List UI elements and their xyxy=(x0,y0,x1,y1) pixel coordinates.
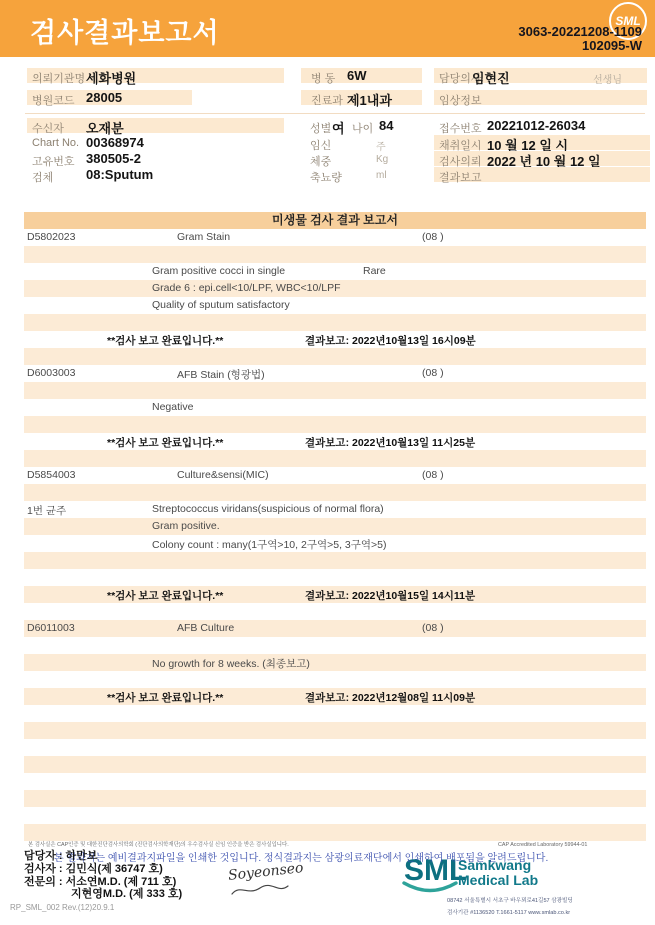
table-row xyxy=(24,705,646,722)
table-row xyxy=(24,671,646,688)
table-cell: (08 ) xyxy=(422,367,444,379)
table-cell: Rare xyxy=(363,265,386,277)
cap-accreditation-text: CAP Accredited Laboratory 59944-01 xyxy=(498,841,587,847)
table-cell: **검사 보고 완료입니다.** xyxy=(107,333,223,348)
table-row: D6003003AFB Stain (형광법)(08 ) xyxy=(24,365,646,382)
table-row xyxy=(24,773,646,790)
table-cell: Streptococcus viridans(suspicious of nor… xyxy=(152,503,384,515)
field-label: 결과보고 xyxy=(439,169,482,185)
table-row: **검사 보고 완료입니다.**결과보고: 2022년10월13일 11시25분 xyxy=(24,433,646,450)
table-cell: (08 ) xyxy=(422,231,444,243)
field-label: 검체 xyxy=(32,169,53,185)
lab-report-page: 검사결과보고서 SML 3063-20221208-1109 102095-W … xyxy=(0,0,655,925)
field-label: 성별 xyxy=(310,120,331,136)
sml-company-name-line2: Medical Lab xyxy=(458,873,538,888)
table-cell: D5802023 xyxy=(27,231,75,243)
field-label: 수신자 xyxy=(32,120,64,136)
field-bg xyxy=(27,118,284,133)
table-row xyxy=(24,314,646,331)
table-row xyxy=(24,824,646,841)
table-cell: AFB Culture xyxy=(177,622,234,634)
table-row: No growth for 8 weeks. (최종보고) xyxy=(24,654,646,671)
field-label: 체중 xyxy=(310,153,331,169)
table-row xyxy=(24,246,646,263)
table-cell: (08 ) xyxy=(422,622,444,634)
table-cell: 결과보고: 2022년10월15일 14시11분 xyxy=(305,588,475,603)
table-cell: D6011003 xyxy=(27,622,75,634)
table-cell: AFB Stain (형광법) xyxy=(177,367,265,382)
table-cell: **검사 보고 완료입니다.** xyxy=(107,435,223,450)
table-cell: 결과보고: 2022년10월13일 16시09분 xyxy=(305,333,476,348)
field-value: 28005 xyxy=(86,90,122,105)
table-row xyxy=(24,722,646,739)
specialist-line-2: 지현영M.D. (제 333 호) xyxy=(71,885,182,901)
field-suffix: 선생님 xyxy=(593,71,622,86)
table-row xyxy=(24,569,646,586)
document-number-line1: 3063-20221208-1109 xyxy=(518,25,642,39)
table-cell: (08 ) xyxy=(422,469,444,481)
report-title: 검사결과보고서 xyxy=(30,11,220,50)
table-row: 1번 균주Streptococcus viridans(suspicious o… xyxy=(24,501,646,518)
field-label: 나이 xyxy=(352,120,373,136)
table-row: Negative xyxy=(24,399,646,416)
field-value: 제1내과 xyxy=(347,90,392,109)
table-cell: No growth for 8 weeks. (최종보고) xyxy=(152,656,310,671)
document-number: 3063-20221208-1109 102095-W xyxy=(518,25,642,53)
field-label: 진료과 xyxy=(311,92,343,108)
field-value: 84 xyxy=(379,118,393,133)
table-row xyxy=(24,790,646,807)
table-cell: Negative xyxy=(152,401,193,413)
table-cell: 1번 균주 xyxy=(27,503,66,518)
section-title: 미생물 검사 결과 보고서 xyxy=(24,212,646,229)
field-value: 임현진 xyxy=(472,68,510,87)
table-cell: **검사 보고 완료입니다.** xyxy=(107,588,223,603)
table-row xyxy=(24,450,646,467)
table-row: Quality of sputum satisfactory xyxy=(24,297,646,314)
form-code: RP_SML_002 Rev.(12)20.9.1 xyxy=(10,903,114,912)
table-row xyxy=(24,484,646,501)
table-row: Colony count : many(1구역>10, 2구역>5, 3구역>5… xyxy=(24,535,646,552)
sml-address: 08742 서울특별시 서초구 바우뫼로41길57 삼광빌딩 xyxy=(447,896,573,904)
field-value: 380505-2 xyxy=(86,151,141,166)
field-label: 고유번호 xyxy=(32,153,75,169)
document-number-line2: 102095-W xyxy=(518,39,642,53)
table-row xyxy=(24,807,646,824)
table-row xyxy=(24,348,646,365)
table-cell: 결과보고: 2022년12월08일 11시09분 xyxy=(305,690,475,705)
table-cell: **검사 보고 완료입니다.** xyxy=(107,690,223,705)
table-row: D6011003AFB Culture(08 ) xyxy=(24,620,646,637)
field-unit: Kg xyxy=(376,154,388,165)
field-label: 축뇨량 xyxy=(310,169,342,185)
table-row xyxy=(24,552,646,569)
table-row: D5802023Gram Stain(08 ) xyxy=(24,229,646,246)
field-value: 여 xyxy=(332,118,345,137)
table-row xyxy=(24,637,646,654)
table-row: Grade 6 : epi.cell<10/LPF, WBC<10/LPF xyxy=(24,280,646,297)
field-unit: 주 xyxy=(376,138,386,153)
field-label: 임상정보 xyxy=(439,92,482,108)
sml-contact: 검사기관 #1136520 T.1661-5117 www.smlab.co.k… xyxy=(447,908,570,916)
signature-scribble-icon xyxy=(230,882,292,903)
table-row: Gram positive cocci in singleRare xyxy=(24,263,646,280)
field-label: 병 동 xyxy=(311,70,335,86)
field-label: 임신 xyxy=(310,137,331,153)
field-label: 접수번호 xyxy=(439,120,482,136)
table-row xyxy=(24,739,646,756)
table-cell: D5854003 xyxy=(27,469,75,481)
table-row xyxy=(24,603,646,620)
table-row: Gram positive. xyxy=(24,518,646,535)
table-row: **검사 보고 완료입니다.**결과보고: 2022년10월13일 16시09분 xyxy=(24,331,646,348)
table-row: **검사 보고 완료입니다.**결과보고: 2022년12월08일 11시09분 xyxy=(24,688,646,705)
table-cell: 결과보고: 2022년10월13일 11시25분 xyxy=(305,435,475,450)
field-label: 의뢰기관명 xyxy=(32,70,85,86)
table-row xyxy=(24,756,646,773)
table-cell: D6003003 xyxy=(27,367,75,379)
table-row: D5854003Culture&sensi(MIC)(08 ) xyxy=(24,467,646,484)
table-cell: Gram positive cocci in single xyxy=(152,265,285,277)
field-value: 6W xyxy=(347,68,367,83)
table-cell: Gram Stain xyxy=(177,231,230,243)
report-header: 검사결과보고서 SML 3063-20221208-1109 102095-W xyxy=(0,0,655,57)
field-value: 00368974 xyxy=(86,135,144,150)
field-value: 20221012-26034 xyxy=(487,118,585,133)
field-value: 세화병원 xyxy=(86,68,136,87)
table-cell: Gram positive. xyxy=(152,520,220,532)
divider xyxy=(25,113,645,114)
table-cell: Colony count : many(1구역>10, 2구역>5, 3구역>5… xyxy=(152,537,387,552)
field-unit: ml xyxy=(376,170,387,181)
table-row xyxy=(24,416,646,433)
table-cell: Grade 6 : epi.cell<10/LPF, WBC<10/LPF xyxy=(152,282,341,294)
table-row xyxy=(24,382,646,399)
table-row: **검사 보고 완료입니다.**결과보고: 2022년10월15일 14시11분 xyxy=(24,586,646,603)
table-cell: Culture&sensi(MIC) xyxy=(177,469,269,481)
table-cell: Quality of sputum satisfactory xyxy=(152,299,290,311)
field-value: 08:Sputum xyxy=(86,167,153,182)
field-label: Chart No. xyxy=(32,137,79,149)
field-label: 병원코드 xyxy=(32,92,75,108)
